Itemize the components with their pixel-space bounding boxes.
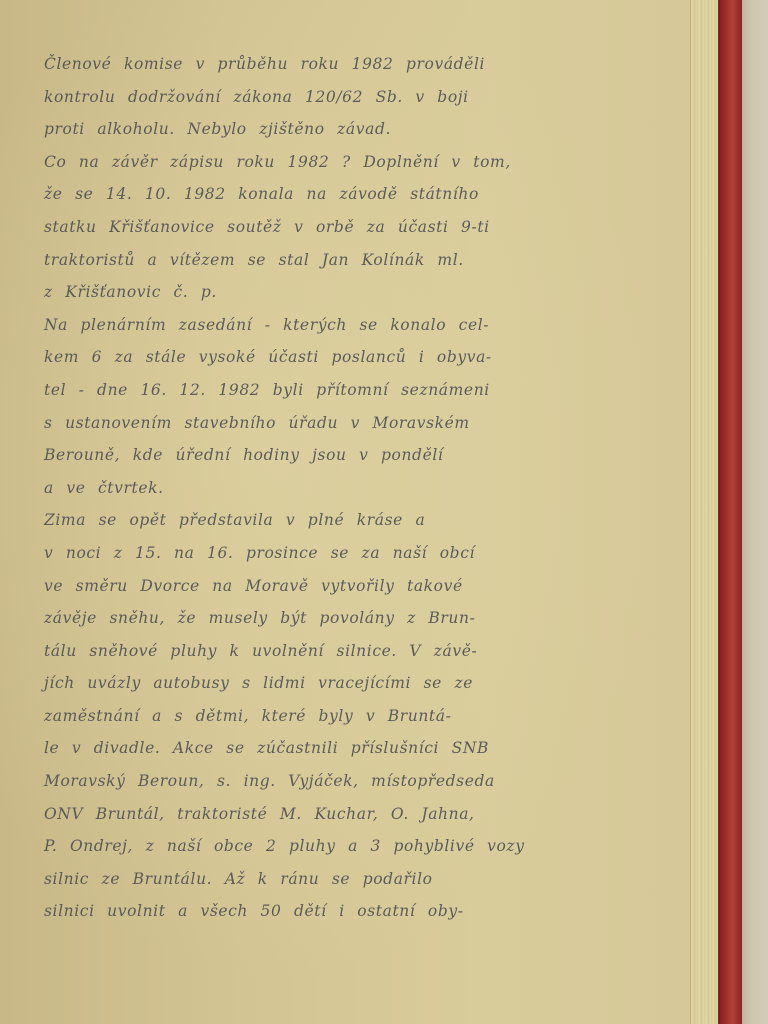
red-book-cover-edge <box>718 0 742 1024</box>
text-line: kontrolu dodržování zákona 120/62 Sb. v … <box>44 81 644 114</box>
text-line: Zima se opět představila v plné kráse a <box>44 504 644 537</box>
text-line: traktoristů a vítězem se stal Jan Kolíná… <box>44 244 644 277</box>
table-backdrop <box>742 0 768 1024</box>
text-line: závěje sněhu, že musely být povolány z B… <box>44 602 644 635</box>
text-line: Na plenárním zasedání - kterých se konal… <box>44 309 644 342</box>
text-line: Členové komise v průběhu roku 1982 prová… <box>44 48 644 81</box>
handwritten-text-block: Členové komise v průběhu roku 1982 prová… <box>44 48 644 928</box>
text-line: z Křišťanovic č. p. <box>44 276 644 309</box>
text-line: tálu sněhové pluhy k uvolnění silnice. V… <box>44 635 644 668</box>
text-line: Co na závěr zápisu roku 1982 ? Doplnění … <box>44 146 644 179</box>
text-line: silnici uvolnit a všech 50 dětí i ostatn… <box>44 895 644 928</box>
photo-scene: Členové komise v průběhu roku 1982 prová… <box>0 0 768 1024</box>
text-line: a ve čtvrtek. <box>44 472 644 505</box>
text-line: zaměstnání a s dětmi, které byly v Brunt… <box>44 700 644 733</box>
text-line: ve směru Dvorce na Moravě vytvořily tako… <box>44 570 644 603</box>
chronicle-page: Členové komise v průběhu roku 1982 prová… <box>0 0 698 1024</box>
text-line: Berouně, kde úřední hodiny jsou v ponděl… <box>44 439 644 472</box>
text-line: statku Křišťanovice soutěž v orbě za úča… <box>44 211 644 244</box>
text-line: tel - dne 16. 12. 1982 byli přítomní sez… <box>44 374 644 407</box>
text-line: s ustanovením stavebního úřadu v Moravsk… <box>44 407 644 440</box>
text-line: Moravský Beroun, s. ing. Vyjáček, místop… <box>44 765 644 798</box>
text-line: P. Ondrej, z naší obce 2 pluhy a 3 pohyb… <box>44 830 644 863</box>
text-line: proti alkoholu. Nebylo zjištěno závad. <box>44 113 644 146</box>
text-line: v noci z 15. na 16. prosince se za naší … <box>44 537 644 570</box>
text-line: silnic ze Bruntálu. Až k ránu se podařil… <box>44 863 644 896</box>
text-line: jích uvázly autobusy s lidmi vracejícími… <box>44 667 644 700</box>
page-edges-stack <box>690 0 721 1024</box>
text-line: že se 14. 10. 1982 konala na závodě stát… <box>44 178 644 211</box>
text-line: le v divadle. Akce se zúčastnili přísluš… <box>44 732 644 765</box>
text-line: kem 6 za stále vysoké účasti poslanců i … <box>44 341 644 374</box>
text-line: ONV Bruntál, traktoristé M. Kuchar, O. J… <box>44 798 644 831</box>
